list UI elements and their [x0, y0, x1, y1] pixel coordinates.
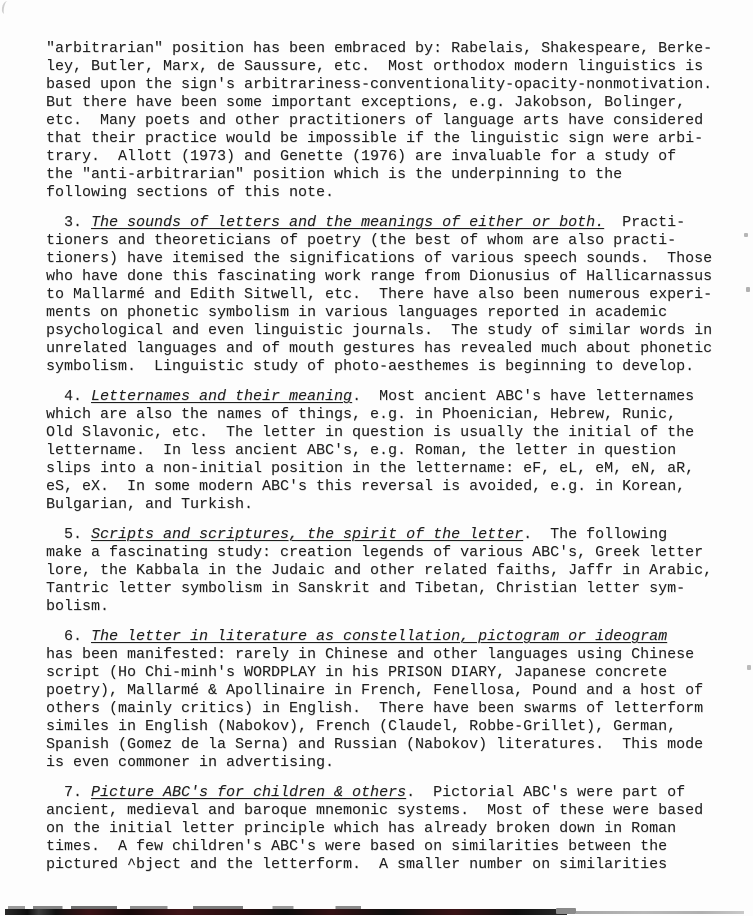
scan-edge-dark-band — [5, 909, 567, 915]
text-run: ley, Butler, Marx, de Saussure, etc. Mos… — [46, 58, 703, 75]
section-6-letter-in-literature: 6. The letter in literature as constella… — [46, 628, 722, 772]
text-line: ley, Butler, Marx, de Saussure, etc. Mos… — [46, 58, 722, 76]
text-run: . Pictorial ABC's were part of — [406, 784, 685, 801]
text-run: bolism. — [46, 598, 109, 615]
section-heading: The letter in literature as constellatio… — [91, 628, 667, 645]
text-run: 6. — [46, 628, 91, 645]
scanned-document-page: "arbitrarian" position has been embraced… — [0, 0, 753, 916]
section-heading: Picture ABC's for children & others — [91, 784, 406, 801]
text-line: 5. Scripts and scriptures, the spirit of… — [46, 526, 722, 544]
text-run: Bulgarian, and Turkish. — [46, 496, 253, 513]
text-line: symbolism. Linguistic study of photo-aes… — [46, 358, 722, 376]
text-line: pictured ^bject and the letterform. A sm… — [46, 856, 722, 874]
text-line: ancient, medieval and baroque mnemonic s… — [46, 802, 722, 820]
text-line: times. A few children's ABC's were based… — [46, 838, 722, 856]
text-run: slips into a non-initial position in the… — [46, 460, 694, 477]
text-run: "arbitrarian" position has been embraced… — [46, 40, 712, 57]
text-line: which are also the names of things, e.g.… — [46, 406, 722, 424]
text-run: lettername. In less ancient ABC's, e.g. … — [46, 442, 676, 459]
text-line: poetry), Mallarmé & Apollinaire in Frenc… — [46, 682, 722, 700]
text-run: has been manifested: rarely in Chinese a… — [46, 646, 694, 663]
text-line: make a fascinating study: creation legen… — [46, 544, 722, 562]
scan-speck — [746, 287, 750, 292]
text-line: has been manifested: rarely in Chinese a… — [46, 646, 722, 664]
text-run: lore, the Kabbala in the Judaic and othe… — [46, 562, 712, 579]
text-line: to Mallarmé and Edith Sitwell, etc. Ther… — [46, 286, 722, 304]
text-run: Tantric letter symbolism in Sanskrit and… — [46, 580, 685, 597]
text-run: others (mainly critics) in English. Ther… — [46, 700, 703, 717]
text-line: Old Slavonic, etc. The letter in questio… — [46, 424, 722, 442]
text-line: psychological and even linguistic journa… — [46, 322, 722, 340]
text-run: on the initial letter principle which ha… — [46, 820, 676, 837]
text-run: . The following — [523, 526, 667, 543]
text-run: pictured ^bject and the letterform. A sm… — [46, 856, 667, 873]
scan-speck — [747, 665, 751, 670]
text-line: others (mainly critics) in English. Ther… — [46, 700, 722, 718]
text-line: is even commoner in advertising. — [46, 754, 722, 772]
text-line: that their practice would be impossible … — [46, 130, 722, 148]
text-line: lore, the Kabbala in the Judaic and othe… — [46, 562, 722, 580]
section-heading: The sounds of letters and the meanings o… — [91, 214, 604, 231]
text-run: Old Slavonic, etc. The letter in questio… — [46, 424, 694, 441]
text-run: the "anti-arbitrarian" position which is… — [46, 166, 622, 183]
text-line: etc. Many poets and other practitioners … — [46, 112, 722, 130]
scan-edge-gray-blob — [556, 908, 576, 914]
scan-edge-gray-strip — [576, 911, 744, 914]
text-line: But there have been some important excep… — [46, 94, 722, 112]
text-line: bolism. — [46, 598, 722, 616]
text-line: lettername. In less ancient ABC's, e.g. … — [46, 442, 722, 460]
text-run: . Most ancient ABC's have letternames — [352, 388, 694, 405]
text-run: 4. — [46, 388, 91, 405]
text-run: symbolism. Linguistic study of photo-aes… — [46, 358, 694, 375]
section-4-letternames: 4. Letternames and their meaning. Most a… — [46, 388, 722, 514]
text-line: 4. Letternames and their meaning. Most a… — [46, 388, 722, 406]
text-run: trary. Allott (1973) and Genette (1976) … — [46, 148, 676, 165]
scan-speck — [744, 233, 748, 237]
text-line: based upon the sign's arbitrariness-conv… — [46, 76, 722, 94]
section-5-scripts-and-scriptures: 5. Scripts and scriptures, the spirit of… — [46, 526, 722, 616]
text-line: unrelated languages and of mouth gesture… — [46, 340, 722, 358]
text-run: make a fascinating study: creation legen… — [46, 544, 703, 561]
text-run: based upon the sign's arbitrariness-conv… — [46, 76, 712, 93]
text-line: slips into a non-initial position in the… — [46, 460, 722, 478]
text-line: trary. Allott (1973) and Genette (1976) … — [46, 148, 722, 166]
text-run: 5. — [46, 526, 91, 543]
text-line: Bulgarian, and Turkish. — [46, 496, 722, 514]
text-run: ments on phonetic symbolism in various l… — [46, 304, 667, 321]
text-run: following sections of this note. — [46, 184, 334, 201]
text-line: "arbitrarian" position has been embraced… — [46, 40, 722, 58]
text-line: Spanish (Gomez de la Serna) and Russian … — [46, 736, 722, 754]
text-run: that their practice would be impossible … — [46, 130, 703, 147]
text-run: eS, eX. In some modern ABC's this revers… — [46, 478, 685, 495]
text-line: following sections of this note. — [46, 184, 722, 202]
text-run: times. A few children's ABC's were based… — [46, 838, 667, 855]
text-line: similes in English (Nabokov), French (Cl… — [46, 718, 722, 736]
text-line: script (Ho Chi-minh's WORDPLAY in his PR… — [46, 664, 722, 682]
intro-paragraph: "arbitrarian" position has been embraced… — [46, 40, 722, 202]
text-run: who have done this fascinating work rang… — [46, 268, 712, 285]
section-3-sounds-of-letters: 3. The sounds of letters and the meaning… — [46, 214, 722, 376]
text-line: Tantric letter symbolism in Sanskrit and… — [46, 580, 722, 598]
text-run: to Mallarmé and Edith Sitwell, etc. Ther… — [46, 286, 712, 303]
text-run: ancient, medieval and baroque mnemonic s… — [46, 802, 703, 819]
text-run: psychological and even linguistic journa… — [46, 322, 712, 339]
section-7-picture-abcs: 7. Picture ABC's for children & others. … — [46, 784, 722, 874]
text-run: tioners and theoreticians of poetry (the… — [46, 232, 676, 249]
text-line: tioners and theoreticians of poetry (the… — [46, 232, 722, 250]
text-line: 7. Picture ABC's for children & others. … — [46, 784, 722, 802]
corner-scratch-mark — [1, 1, 11, 15]
document-text-block: "arbitrarian" position has been embraced… — [46, 40, 722, 874]
text-run: which are also the names of things, e.g.… — [46, 406, 676, 423]
text-run: But there have been some important excep… — [46, 94, 685, 111]
text-run: poetry), Mallarmé & Apollinaire in Frenc… — [46, 682, 703, 699]
text-run: etc. Many poets and other practitioners … — [46, 112, 703, 129]
section-heading: Scripts and scriptures, the spirit of th… — [91, 526, 523, 543]
text-line: who have done this fascinating work rang… — [46, 268, 722, 286]
text-line: the "anti-arbitrarian" position which is… — [46, 166, 722, 184]
text-line: 3. The sounds of letters and the meaning… — [46, 214, 722, 232]
text-run: Spanish (Gomez de la Serna) and Russian … — [46, 736, 703, 753]
text-run: 7. — [46, 784, 91, 801]
text-line: 6. The letter in literature as constella… — [46, 628, 722, 646]
text-line: ments on phonetic symbolism in various l… — [46, 304, 722, 322]
text-line: eS, eX. In some modern ABC's this revers… — [46, 478, 722, 496]
text-run: similes in English (Nabokov), French (Cl… — [46, 718, 676, 735]
text-line: on the initial letter principle which ha… — [46, 820, 722, 838]
text-run: is even commoner in advertising. — [46, 754, 334, 771]
text-line: tioners) have itemised the signification… — [46, 250, 722, 268]
text-run: 3. — [46, 214, 91, 231]
text-run: Practi- — [604, 214, 685, 231]
text-run: tioners) have itemised the signification… — [46, 250, 712, 267]
text-run: script (Ho Chi-minh's WORDPLAY in his PR… — [46, 664, 667, 681]
section-heading: Letternames and their meaning — [91, 388, 352, 405]
text-run: unrelated languages and of mouth gesture… — [46, 340, 712, 357]
